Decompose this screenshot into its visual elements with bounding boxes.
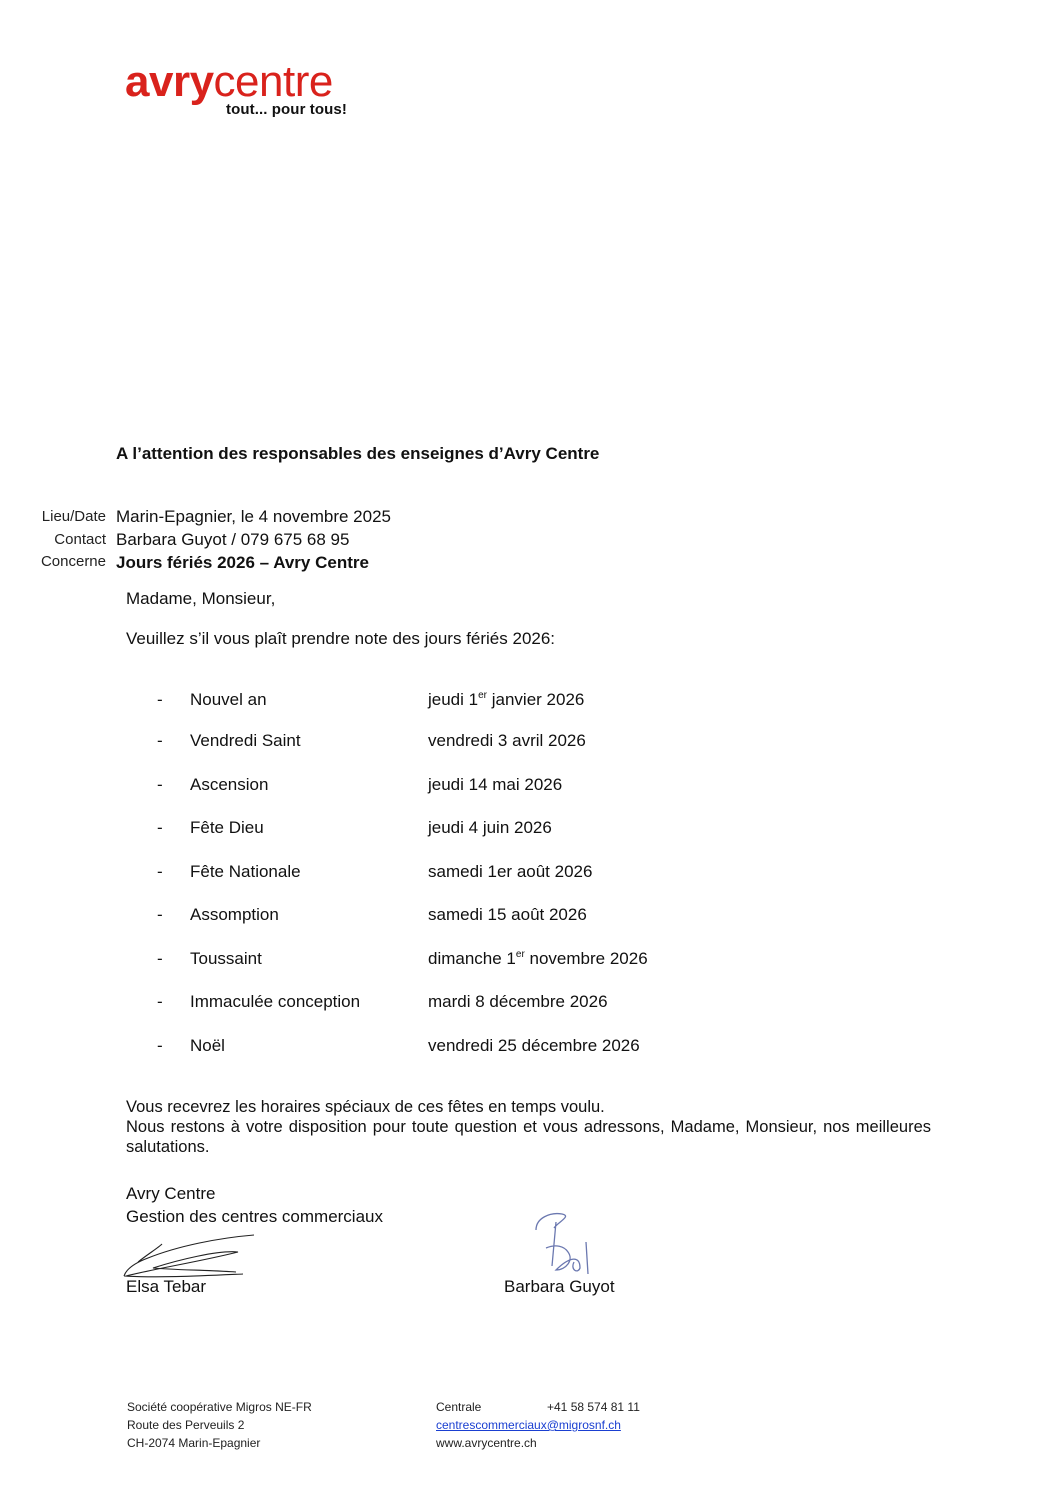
holiday-date: samedi 15 août 2026 — [428, 905, 587, 925]
holiday-date: dimanche 1er novembre 2026 — [428, 949, 648, 969]
holiday-date: vendredi 3 avril 2026 — [428, 731, 586, 751]
footer-email-link[interactable]: centrescommerciaux@migrosnf.ch — [436, 1418, 621, 1432]
footer-company: Société coopérative Migros NE-FR — [127, 1400, 312, 1414]
holiday-bullet: - — [157, 1036, 163, 1056]
holiday-name: Assomption — [190, 905, 279, 925]
holiday-name: Ascension — [190, 775, 268, 795]
holiday-date-main: jeudi 1 — [428, 690, 478, 709]
holiday-name: Fête Nationale — [190, 862, 301, 882]
holiday-date-ordinal: er — [478, 690, 487, 701]
logo-brand-light: centre — [214, 57, 333, 106]
holiday-bullet: - — [157, 690, 163, 710]
holiday-date-main: mardi 8 décembre 2026 — [428, 992, 608, 1011]
holiday-name: Toussaint — [190, 949, 262, 969]
signatory-name-1: Elsa Tebar — [126, 1277, 206, 1297]
meta-label-contact: Contact — [0, 531, 106, 548]
sender-dept: Gestion des centres commerciaux — [126, 1207, 383, 1227]
holiday-bullet: - — [157, 818, 163, 838]
intro-text: Veuillez s’il vous plaît prendre note de… — [126, 629, 555, 649]
holiday-name: Vendredi Saint — [190, 731, 301, 751]
holiday-date: jeudi 4 juin 2026 — [428, 818, 552, 838]
footer-centrale-label: Centrale — [436, 1400, 481, 1414]
holiday-date-rest: novembre 2026 — [525, 949, 648, 968]
meta-value-subject: Jours fériés 2026 – Avry Centre — [116, 553, 369, 573]
logo-brand-bold: avry — [125, 57, 214, 106]
holiday-date: jeudi 1er janvier 2026 — [428, 690, 584, 710]
holiday-date-main: jeudi 4 juin 2026 — [428, 818, 552, 837]
holiday-bullet: - — [157, 775, 163, 795]
logo-wordmark: avrycentre — [125, 60, 333, 104]
closing-line-2: Nous restons à votre disposition pour to… — [126, 1117, 931, 1157]
holiday-date-rest: janvier 2026 — [487, 690, 584, 709]
salutation: Madame, Monsieur, — [126, 589, 275, 609]
holiday-bullet: - — [157, 862, 163, 882]
holiday-bullet: - — [157, 949, 163, 969]
footer-city: CH-2074 Marin-Epagnier — [127, 1436, 260, 1450]
company-logo: avrycentre tout... pour tous! — [125, 60, 365, 120]
signatory-name-2: Barbara Guyot — [504, 1277, 615, 1297]
holiday-bullet: - — [157, 731, 163, 751]
closing-line-1: Vous recevrez les horaires spéciaux de c… — [126, 1097, 931, 1117]
holiday-date-main: dimanche 1 — [428, 949, 516, 968]
footer-website[interactable]: www.avrycentre.ch — [436, 1436, 537, 1450]
holiday-name: Noël — [190, 1036, 225, 1056]
closing-paragraph: Vous recevrez les horaires spéciaux de c… — [126, 1097, 931, 1157]
footer-street: Route des Perveuils 2 — [127, 1418, 244, 1432]
logo-tagline: tout... pour tous! — [226, 101, 347, 118]
attention-heading: A l’attention des responsables des ensei… — [116, 444, 599, 464]
meta-value-contact: Barbara Guyot / 079 675 68 95 — [116, 530, 349, 550]
holiday-date-main: samedi 15 août 2026 — [428, 905, 587, 924]
holiday-date: vendredi 25 décembre 2026 — [428, 1036, 640, 1056]
holiday-date-main: jeudi 14 mai 2026 — [428, 775, 562, 794]
holiday-date-main: samedi 1er août 2026 — [428, 862, 592, 881]
meta-label-subject: Concerne — [0, 553, 106, 570]
holiday-name: Fête Dieu — [190, 818, 264, 838]
footer-centrale-phone[interactable]: +41 58 574 81 11 — [547, 1400, 640, 1414]
meta-value-place-date: Marin-Epagnier, le 4 novembre 2025 — [116, 507, 391, 527]
holiday-bullet: - — [157, 905, 163, 925]
signature-barbara-guyot — [528, 1208, 608, 1280]
holiday-name: Nouvel an — [190, 690, 267, 710]
holiday-bullet: - — [157, 992, 163, 1012]
holiday-date-main: vendredi 25 décembre 2026 — [428, 1036, 640, 1055]
holiday-date: jeudi 14 mai 2026 — [428, 775, 562, 795]
holiday-date: mardi 8 décembre 2026 — [428, 992, 608, 1012]
holiday-date-main: vendredi 3 avril 2026 — [428, 731, 586, 750]
holiday-name: Immaculée conception — [190, 992, 360, 1012]
sender-org: Avry Centre — [126, 1184, 215, 1204]
meta-label-place-date: Lieu/Date — [0, 508, 106, 525]
holiday-date: samedi 1er août 2026 — [428, 862, 592, 882]
holiday-date-ordinal: er — [516, 949, 525, 960]
signature-elsa-tebar — [118, 1232, 263, 1282]
